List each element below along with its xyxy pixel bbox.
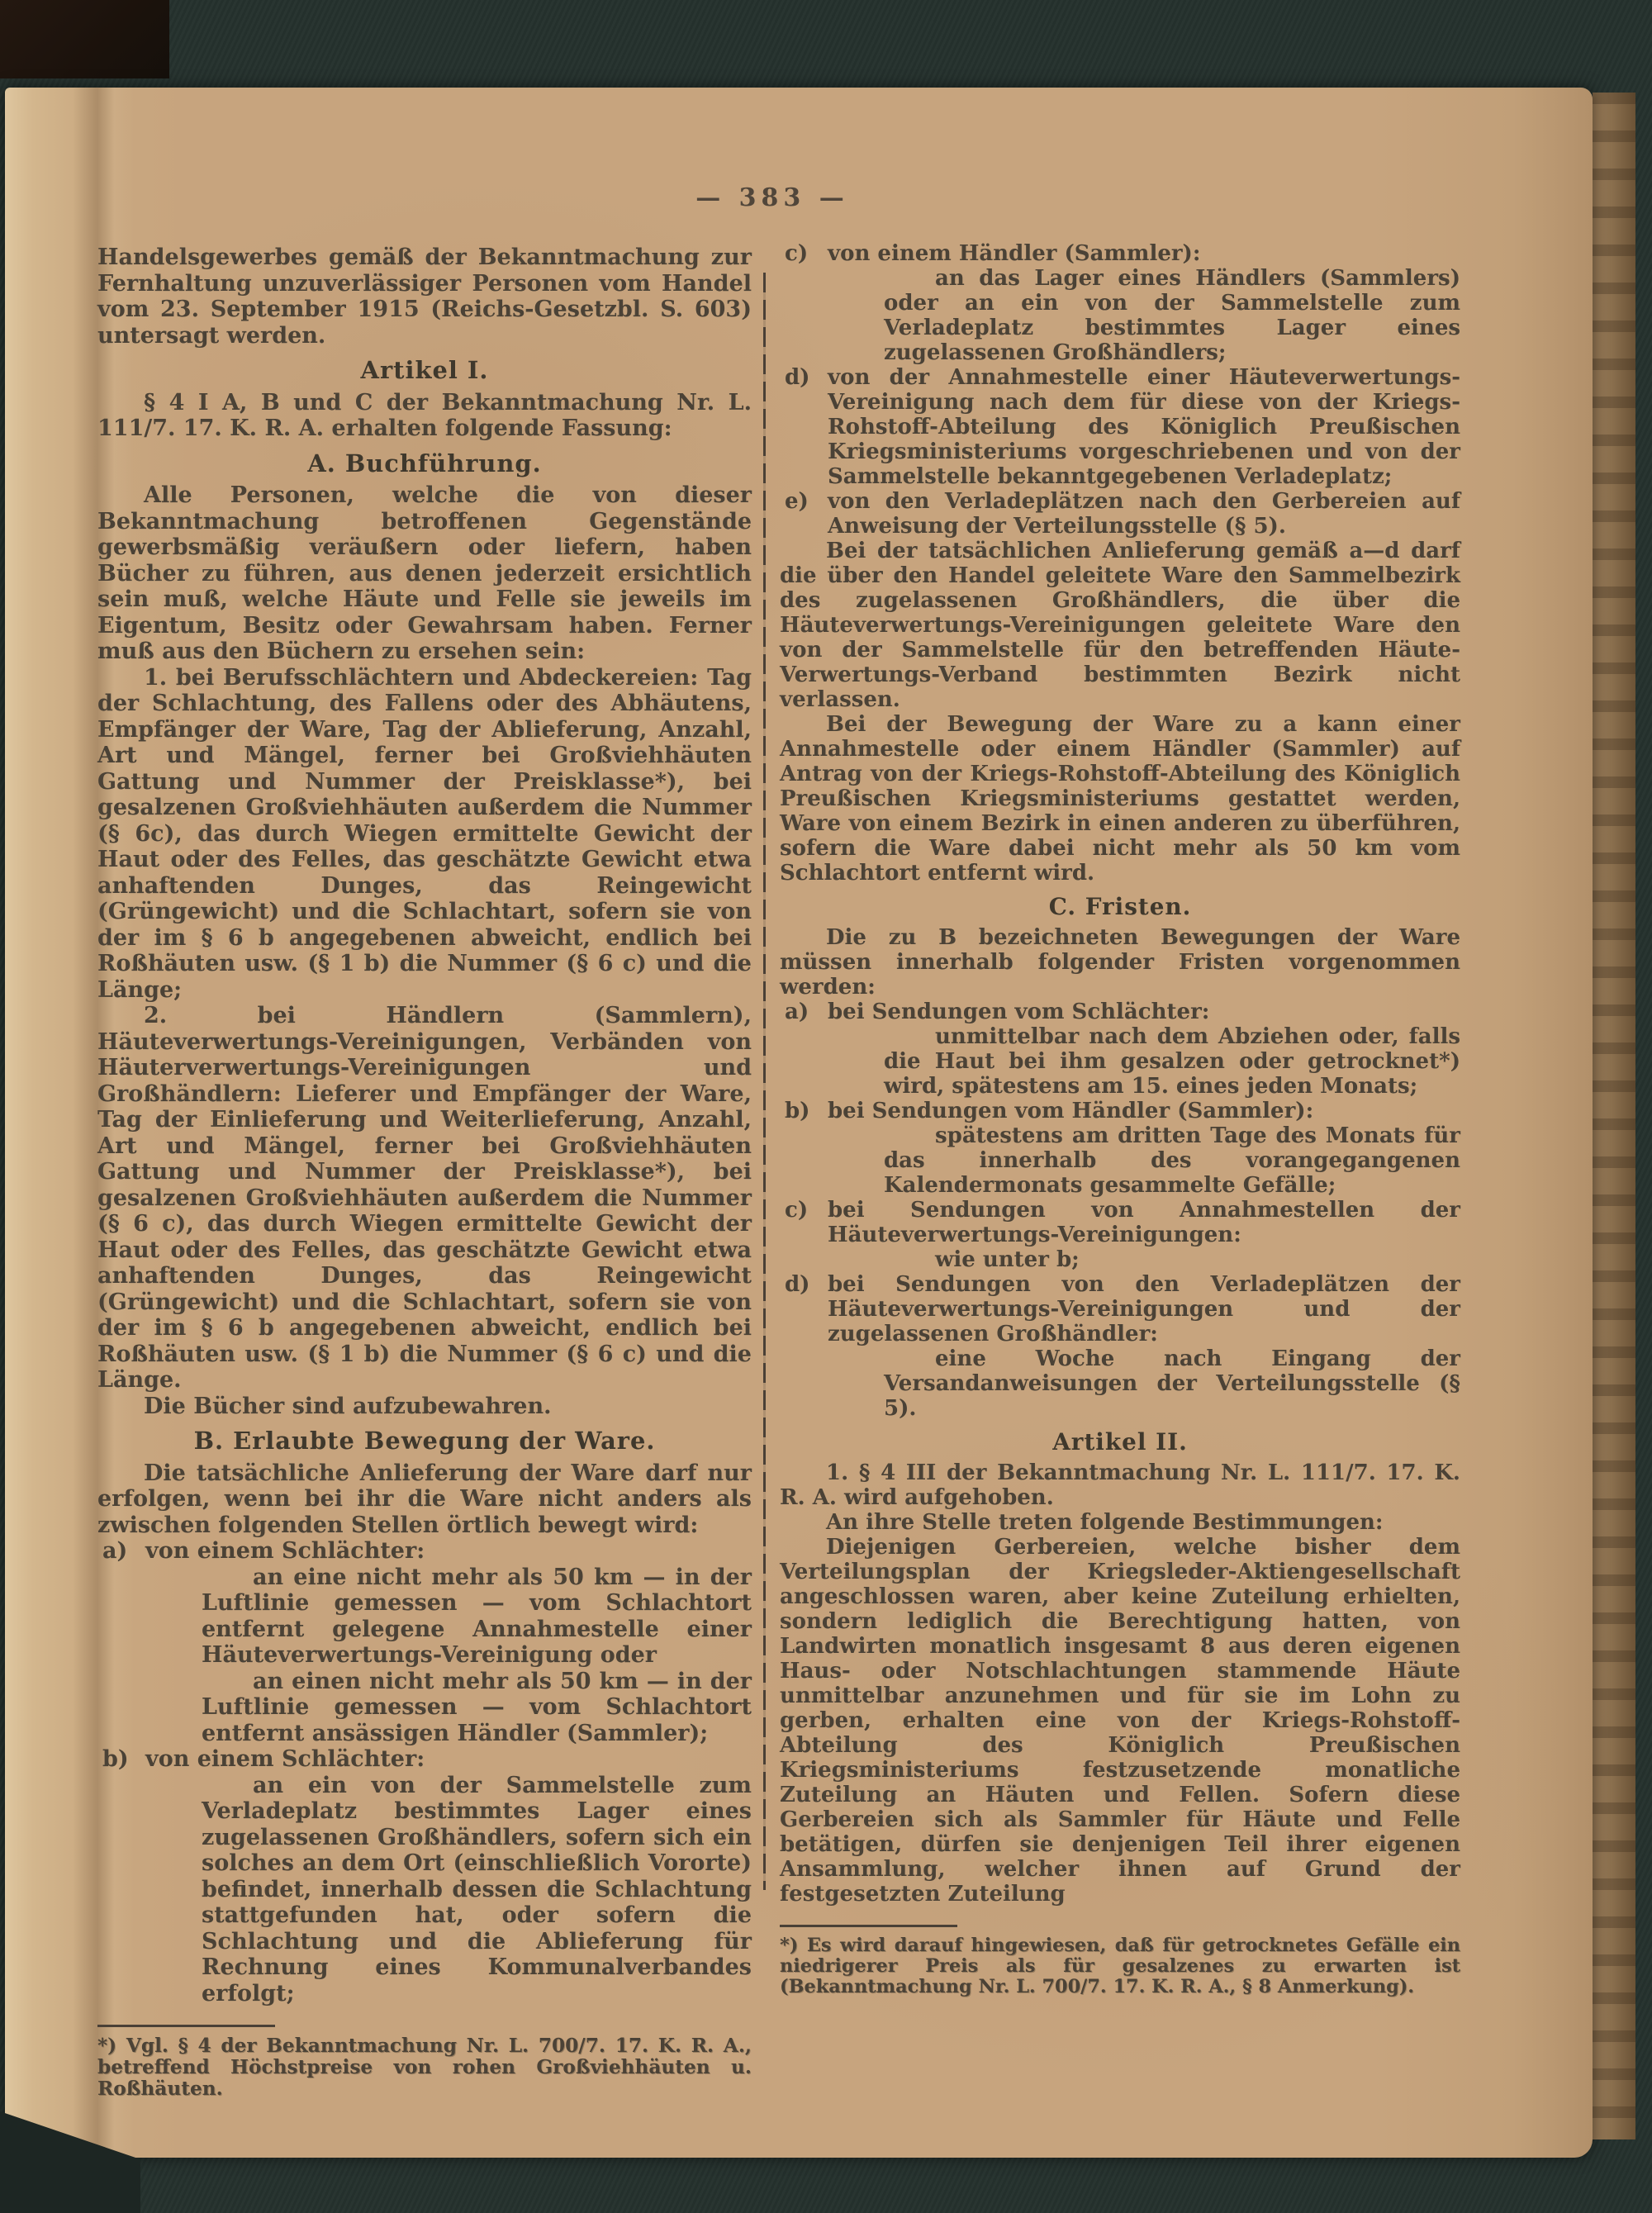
section-a-heading: A. Buchführung.: [97, 451, 752, 477]
frist-sub-a: unmittelbar nach dem Abziehen oder, fall…: [884, 1024, 1460, 1099]
book-cover-corner: [0, 0, 169, 78]
list-sub-b1: an ein von der Sammelstelle zum Verladep…: [202, 1773, 752, 2007]
footnote-rule: [780, 1925, 957, 1927]
list-item-e: e) von den Verladeplätzen nach den Gerbe…: [780, 489, 1460, 539]
list-item-b: b) von einem Schlächter: an ein von der …: [97, 1746, 752, 2006]
page-number: — 383 —: [636, 183, 909, 212]
section-c-heading: C. Fristen.: [780, 895, 1460, 919]
frist-body-d: bei Sendungen von den Verladeplätzen der…: [828, 1272, 1460, 1421]
paragraph-aufgehoben: 1. § 4 III der Bekanntmachung Nr. L. 111…: [780, 1460, 1460, 1510]
list-body-e: von den Verladeplätzen nach den Gerberei…: [828, 489, 1460, 539]
frist-body-a: bei Sendungen vom Schlächter: unmittelba…: [828, 1000, 1460, 1099]
list-head-b: von einem Schlächter:: [145, 1746, 752, 1773]
paragraph-fristen: Die zu B bezeichneten Bewegungen der War…: [780, 925, 1460, 1000]
list-body-c: von einem Händler (Sammler): an das Lage…: [828, 241, 1460, 365]
frist-sub-b: spätestens am dritten Tage des Monats fü…: [884, 1123, 1460, 1198]
footnote-right: *) Es wird darauf hingewiesen, daß für g…: [780, 1935, 1460, 1997]
list-item-c: c) von einem Händler (Sammler): an das L…: [780, 241, 1460, 365]
list-label-d: d): [780, 365, 828, 390]
column-divider: [763, 273, 766, 1890]
footnote-left: *) Vgl. § 4 der Bekanntmachung Nr. L. 70…: [97, 2035, 752, 2100]
frist-label-d: d): [780, 1272, 828, 1297]
list-item-d: d) von der Annahmestelle einer Häuteverw…: [780, 365, 1460, 489]
list-body-text-e: von den Verladeplätzen nach den Gerberei…: [828, 489, 1460, 539]
frist-label-c: c): [780, 1198, 828, 1223]
list-body-a: von einem Schlächter: an eine nicht mehr…: [145, 1538, 752, 1746]
section-b-heading: B. Erlaubte Bewegung der Ware.: [97, 1428, 752, 1455]
list-body-text-d: von der Annahmestelle einer Häuteverwert…: [828, 365, 1460, 489]
continuation-paragraph: Handelsgewerbes gemäß der Bekanntmachung…: [97, 245, 752, 349]
paragraph-anlieferung: Die tatsächliche Anlieferung der Ware da…: [97, 1460, 752, 1539]
paragraph-buecher: Die Bücher sind aufzubewahren.: [97, 1394, 752, 1420]
list-body-d: von der Annahmestelle einer Häuteverwert…: [828, 365, 1460, 489]
frist-head-d: bei Sendungen von den Verladeplätzen der…: [828, 1272, 1460, 1346]
page-block-edge: [1593, 93, 1635, 2139]
frist-head-a: bei Sendungen vom Schlächter:: [828, 1000, 1460, 1024]
paragraph-stelle: An ihre Stelle treten folgende Bestimmun…: [780, 1510, 1460, 1535]
paragraph-alle-personen: Alle Personen, welche die von dieser Bek…: [97, 482, 752, 665]
frist-item-d: d) bei Sendungen von den Verladeplätzen …: [780, 1272, 1460, 1421]
numbered-item-2: 2. bei Händlern (Sammlern), Häuteverwert…: [97, 1003, 752, 1394]
list-head-a: von einem Schlächter:: [145, 1538, 752, 1565]
paragraph-bewegung: Bei der Bewegung der Ware zu a kann eine…: [780, 712, 1460, 886]
frist-item-a: a) bei Sendungen vom Schlächter: unmitte…: [780, 1000, 1460, 1099]
frist-body-b: bei Sendungen vom Händler (Sammler): spä…: [828, 1099, 1460, 1198]
list-sub-c: an das Lager eines Händlers (Sammlers) o…: [884, 266, 1460, 365]
frist-label-a: a): [780, 1000, 828, 1024]
list-sub-a1: an eine nicht mehr als 50 km — in der Lu…: [202, 1565, 752, 1669]
frist-sub-d: eine Woche nach Eingang der Versandanwei…: [884, 1346, 1460, 1421]
frist-body-c: bei Sendungen von Annahmestellen der Häu…: [828, 1198, 1460, 1272]
frist-sub-c: wie unter b;: [884, 1247, 1460, 1272]
frist-head-c: bei Sendungen von Annahmestellen der Häu…: [828, 1198, 1460, 1247]
frist-item-b: b) bei Sendungen vom Händler (Sammler): …: [780, 1099, 1460, 1198]
paragraph-intro: § 4 I A, B und C der Bekanntmachung Nr. …: [97, 390, 752, 442]
frist-head-b: bei Sendungen vom Händler (Sammler):: [828, 1099, 1460, 1123]
list-label-e: e): [780, 489, 828, 514]
frist-label-b: b): [780, 1099, 828, 1123]
list-label-b: b): [97, 1746, 145, 1773]
list-body-b: von einem Schlächter: an ein von der Sam…: [145, 1746, 752, 2006]
paragraph-gerbereien: Diejenigen Gerbereien, welche bisher dem…: [780, 1535, 1460, 1907]
numbered-item-1: 1. bei Berufsschlächtern und Abdeckereie…: [97, 665, 752, 1004]
paragraph-sammelbezirk: Bei der tatsächlichen Anlieferung gemäß …: [780, 539, 1460, 712]
right-column: c) von einem Händler (Sammler): an das L…: [780, 241, 1460, 1997]
list-head-c: von einem Händler (Sammler):: [828, 241, 1460, 266]
list-sub-a2: an einen nicht mehr als 50 km — in der L…: [202, 1669, 752, 1747]
list-item-a: a) von einem Schlächter: an eine nicht m…: [97, 1538, 752, 1746]
frist-item-c: c) bei Sendungen von Annahmestellen der …: [780, 1198, 1460, 1272]
article-1-heading: Artikel I.: [97, 358, 752, 384]
list-label-a: a): [97, 1538, 145, 1565]
left-column: Handelsgewerbes gemäß der Bekanntmachung…: [97, 245, 752, 2100]
footnote-rule: [97, 2025, 275, 2027]
article-2-heading: Artikel II.: [780, 1430, 1460, 1455]
list-label-c: c): [780, 241, 828, 266]
